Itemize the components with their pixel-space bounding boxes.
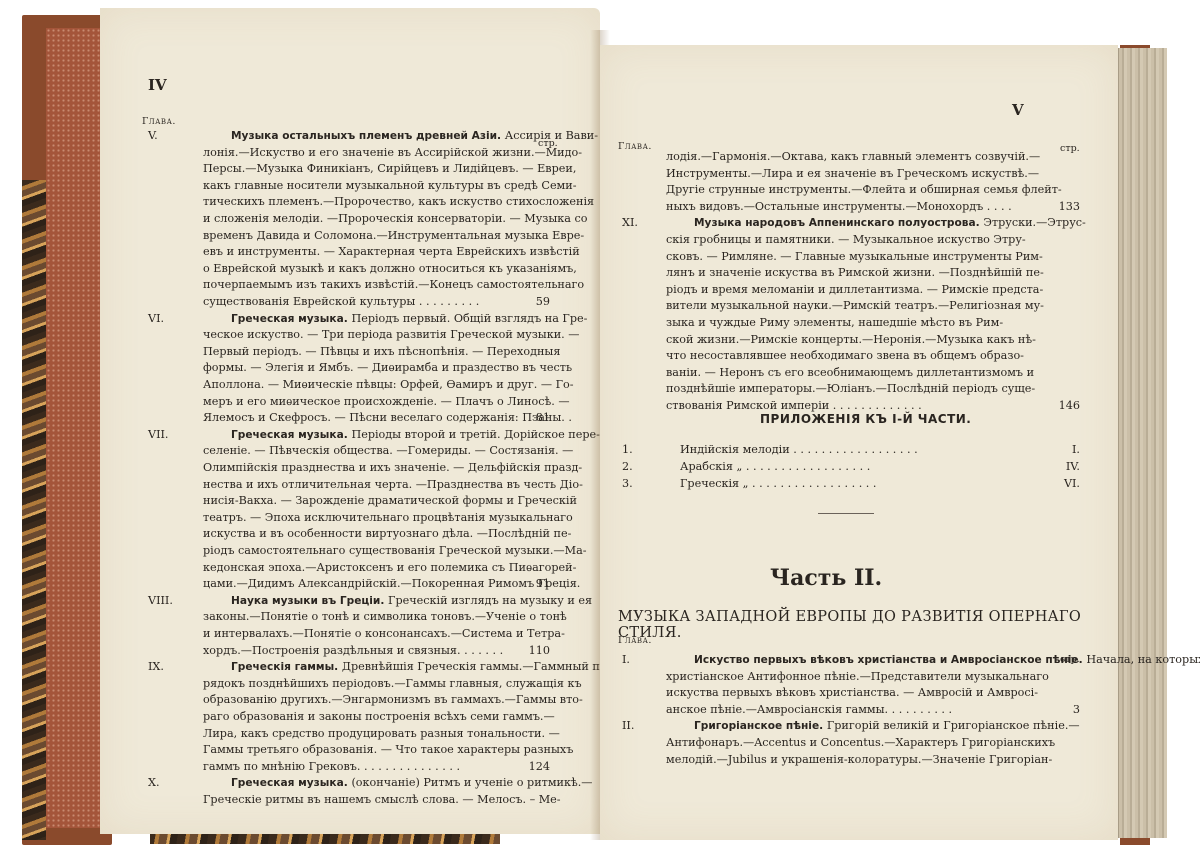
chapter-number: II. [622, 718, 662, 735]
text-line: Греческія гаммы. Древнѣйшія Греческія га… [203, 659, 583, 676]
text-line: Искуство первыхъ вѣковъ христіанства и А… [666, 652, 1074, 669]
text-line: ческое искуство. — Три періода развитія … [203, 327, 583, 344]
text-line: Григоріанское пѣніе. Григорій великій и … [666, 718, 1074, 735]
text-line: что несоставлявшее необходимаго звена въ… [666, 348, 1074, 365]
chapter-number: VI. [148, 311, 188, 328]
text-line: и интервалахъ.—Понятіе о консонансахъ.—С… [203, 626, 583, 643]
text-line: скія гробницы и памятники. — Музыкальное… [666, 232, 1074, 249]
fore-edge [1118, 48, 1167, 838]
entry-text: Музыка остальныхъ племенъ древней Азіи. … [203, 128, 583, 311]
text-line: кедонская эпоха.—Аристоксенъ и его полем… [203, 560, 583, 577]
text-line: рядокъ позднѣйшихъ періодовъ.—Гаммы глав… [203, 676, 583, 693]
page-ref: 133 [1040, 199, 1080, 216]
text-line: ской жизни.—Римскіе концерты.—Неронія.—М… [666, 332, 1074, 349]
appendix-label: Арабскія „ . . . . . . . . . . . . . . .… [680, 460, 1040, 473]
divider-rule [818, 513, 874, 514]
text-line: Музыка народовъ Аппенинскаго полуострова… [666, 215, 1074, 232]
page-ref: 3 [1040, 702, 1080, 719]
text-line: Греческіе ритмы въ нашемъ смыслѣ слова. … [203, 792, 583, 809]
text-line: образованію другихъ.—Энгармонизмъ въ гам… [203, 692, 583, 709]
appendix-page: VI. [1040, 477, 1080, 490]
text-line: о Еврейской музыкѣ и какъ должно относит… [203, 261, 583, 278]
page-ref: 91 [510, 576, 550, 593]
entry-text: Греческая музыка. Періоды второй и треті… [203, 427, 583, 593]
part-subtitle: МУЗЫКА ЗАПАДНОЙ ЕВРОПЫ ДО РАЗВИТІЯ ОПЕРН… [618, 609, 1118, 641]
text-line: христіанское Антифонное пѣніе.—Представи… [666, 669, 1074, 686]
text-line: тическихъ племенъ.—Пророчество, какъ иск… [203, 194, 583, 211]
chapter-number: VII. [148, 427, 188, 444]
text-line: Греческая музыка. (окончаніе) Ритмъ и уч… [203, 775, 583, 792]
text-line: евъ и инструменты. — Характерная черта Е… [203, 244, 583, 261]
text-line: раго образованія и законы построенія всѣ… [203, 709, 583, 726]
appendix-page: IV. [1040, 460, 1080, 473]
appendix-label: Индійскія мелодіи . . . . . . . . . . . … [680, 443, 1040, 456]
text-line: Первый періодъ. — Пѣвцы и ихъ пѣснопѣнія… [203, 344, 583, 361]
text-line: зыка и чуждые Риму элементы, нашедшіе мѣ… [666, 315, 1074, 332]
marbled-board-left [22, 180, 46, 840]
text-line: Гаммы третьяго образованія. — Что такое … [203, 742, 583, 759]
text-line: Греческая музыка. Періоды второй и треті… [203, 427, 583, 444]
text-line: Греческая музыка. Періодъ первый. Общій … [203, 311, 583, 328]
text-line: какъ главные носители музыкальной культу… [203, 178, 583, 195]
chapter-title: Музыка остальныхъ племенъ древней Азіи. [231, 130, 505, 142]
text-line: сковъ. — Римляне. — Главные музыкальные … [666, 249, 1074, 266]
appendix-number: 2. [622, 460, 633, 473]
pastedown-endpaper [46, 28, 106, 828]
appendix-number: 1. [622, 443, 633, 456]
text-line: ріодъ самостоятельнаго существованія Гре… [203, 543, 583, 560]
chapter-title: Искуство первыхъ вѣковъ христіанства и А… [694, 654, 1086, 666]
text-line: лодія.—Гармонія.—Октава, какъ главный эл… [666, 149, 1074, 166]
entry-text: Григоріанское пѣніе. Григорій великій и … [666, 718, 1074, 768]
text-line: Аполлона. — Миѳическіе пѣвцы: Орфей, Ѳам… [203, 377, 583, 394]
text-line: почерпаемымъ изъ такихъ извѣстій.—Конецъ… [203, 277, 583, 294]
page-ref: 146 [1040, 398, 1080, 415]
text-line: лонія.—Искуство и его значеніе въ Ассирі… [203, 145, 583, 162]
text-line: селеніе. — Пѣвческія общества. —Гомериды… [203, 443, 583, 460]
entry-text: лодія.—Гармонія.—Октава, какъ главный эл… [666, 149, 1074, 215]
chapter-number: I. [622, 652, 662, 669]
text-line: Наука музыки въ Греціи. Греческій изгляд… [203, 593, 583, 610]
text-line: искуства первыхъ вѣковъ христіанства. — … [666, 685, 1074, 702]
text-line: анское пѣніе.—Амвросіанскія гаммы. . . .… [666, 702, 1074, 719]
appendix-number: 3. [622, 477, 633, 490]
chapter-number: VIII. [148, 593, 188, 610]
text-line: формы. — Элегія и Ямбъ. — Диѳирамба и пр… [203, 360, 583, 377]
glava-label: Глава. [618, 635, 652, 646]
part-title: Часть II. [770, 565, 882, 591]
text-line: меръ и его миѳическое происхожденіе. — П… [203, 394, 583, 411]
chapter-title: Греческая музыка. [231, 313, 351, 325]
text-line: лянъ и значеніе искуства въ Римской жизн… [666, 265, 1074, 282]
text-line: позднѣйшіе императоры.—Юліанъ.—Послѣдній… [666, 381, 1074, 398]
text-line: ріодъ и время меломаніи и диллетантизма.… [666, 282, 1074, 299]
text-line: и сложенія мелодіи. —Пророческія консерв… [203, 211, 583, 228]
text-line: Олимпійскія празднества и ихъ значеніе. … [203, 460, 583, 477]
page-ref: 59 [510, 294, 550, 311]
glava-label: Глава. [142, 116, 176, 127]
glava-label: Глава. [618, 141, 652, 152]
left-page: IV Глава. стр. V.Музыка остальныхъ племе… [100, 8, 600, 834]
text-line: искуства и въ особенности виртуознаго дѣ… [203, 526, 583, 543]
page-number-right: V [1012, 101, 1024, 119]
chapter-number: XI. [622, 215, 662, 232]
appendix-label: Греческія „ . . . . . . . . . . . . . . … [680, 477, 1040, 490]
entry-text: Искуство первыхъ вѣковъ христіанства и А… [666, 652, 1074, 718]
entry-text: Греческая музыка. (окончаніе) Ритмъ и уч… [203, 775, 583, 808]
page-ref: 81 [510, 410, 550, 427]
right-page: V Глава. стр. лодія.—Гармонія.—Октава, к… [600, 45, 1118, 840]
chapter-title: Музыка народовъ Аппенинскаго полуострова… [694, 217, 983, 229]
text-line: мелодій.—Jubilus и украшенія-колоратуры.… [666, 752, 1074, 769]
chapter-title: Наука музыки въ Греціи. [231, 595, 388, 607]
text-line: вители музыкальной науки.—Римскій театръ… [666, 298, 1074, 315]
appendix-heading: ПРИЛОЖЕНІЯ КЪ I-Й ЧАСТИ. [760, 412, 971, 426]
text-line: Лира, какъ средство продуцировать разныя… [203, 726, 583, 743]
page-ref: 124 [510, 759, 550, 776]
page-ref: 110 [510, 643, 550, 660]
chapter-number: X. [148, 775, 188, 792]
entry-text: Музыка народовъ Аппенинскаго полуострова… [666, 215, 1074, 414]
chapter-title: Греческая музыка. [231, 777, 351, 789]
text-line: Другіе струнные инструменты.—Флейта и об… [666, 182, 1074, 199]
text-line: Персы.—Музыка Финикіанъ, Сирійцевъ и Лид… [203, 161, 583, 178]
chapter-title: Греческая музыка. [231, 429, 351, 441]
chapter-number: IX. [148, 659, 188, 676]
text-line: нества и ихъ отличительная черта. —Празд… [203, 477, 583, 494]
page-number-left: IV [148, 76, 167, 94]
chapter-title: Греческія гаммы. [231, 661, 342, 673]
text-line: Музыка остальныхъ племенъ древней Азіи. … [203, 128, 583, 145]
text-line: ныхъ видовъ.—Остальные инструменты.—Моно… [666, 199, 1074, 216]
text-line: театръ. — Эпоха исключительнаго процвѣта… [203, 510, 583, 527]
text-line: нисія-Вакха. — Зарожденіе драматической … [203, 493, 583, 510]
text-line: временъ Давида и Соломона.—Инструменталь… [203, 228, 583, 245]
text-line: ваніи. — Неронъ съ его всеобнимающемъ ди… [666, 365, 1074, 382]
appendix-page: I. [1040, 443, 1080, 456]
chapter-title: Григоріанское пѣніе. [694, 720, 827, 732]
text-line: Антифонаръ.—Accentus и Concentus.—Характ… [666, 735, 1074, 752]
text-line: законы.—Понятіе о тонѣ и символика тонов… [203, 609, 583, 626]
chapter-number: V. [148, 128, 188, 145]
text-line: Инструменты.—Лира и ея значеніе въ Грече… [666, 166, 1074, 183]
